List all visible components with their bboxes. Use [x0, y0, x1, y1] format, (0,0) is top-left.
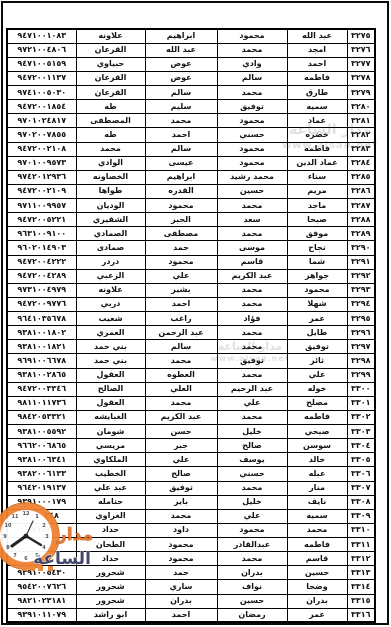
table-row: ٣٣٠٢ فاطمه محمد عبد الكريم الغبايشه ٩٨٤٢… — [7, 410, 375, 424]
cell-first-name: مريم — [287, 184, 347, 198]
cell-grandfather-name: احمد — [145, 128, 217, 142]
cell-family-name: شومان — [76, 425, 145, 439]
cell-grandfather-name: الجبر — [145, 213, 217, 227]
cell-national-number — [7, 538, 76, 552]
cell-first-name: موفق — [287, 227, 347, 241]
cell-father-name: محمد — [217, 283, 287, 297]
cell-father-name: محمود — [217, 114, 287, 128]
cell-grandfather-name: احمد — [145, 297, 217, 311]
cell-family-name: ابو راشد — [76, 608, 145, 622]
cell-national-number: ٩٧١١٠٠٩٩٥٧ — [7, 199, 76, 213]
cell-grandfather-name: جبر — [145, 439, 217, 453]
cell-national-number: ٩٣٨١٠٠٦٣٤١ — [7, 453, 76, 467]
cell-national-number: ٩٤٧٢٠٠٢١٠٨ — [7, 142, 76, 156]
cell-father-name: محمد — [217, 297, 287, 311]
cell-serial-number: ٣٣١٦ — [347, 608, 375, 622]
cell-grandfather-name: محمود — [145, 538, 217, 552]
cell-serial-number: ٣٢٨٣ — [347, 142, 375, 156]
cell-family-name: الطحان — [76, 538, 145, 552]
cell-national-number: ٩٧٠٢٠٠٧٨٥٥ — [7, 128, 76, 142]
cell-grandfather-name: محمود — [145, 199, 217, 213]
table-row: ٣٢٨٩ موفق محمد مصطفى الصمادي ٩٦٣١٠٠٩١٠٠ — [7, 227, 375, 241]
cell-first-name: شهلا — [287, 297, 347, 311]
table-row: ٣٣١١ فاطمه عبدالقادر محمود الطحان — [7, 538, 375, 552]
cell-father-name: خليل — [217, 495, 287, 509]
cell-father-name: محمد — [217, 227, 287, 241]
cell-family-name: حداد — [76, 523, 145, 537]
cell-father-name: عبد الكريم — [217, 269, 287, 283]
scanned-document-page: ٣٢٧٥ عبد الله محمود ابراهيم علاونه ٩٤٧١٠… — [0, 0, 391, 627]
cell-national-number: ٢٠١٠٣٤٨ — [7, 509, 76, 523]
cell-grandfather-name: محمود — [145, 552, 217, 566]
cell-national-number: ٩٤٧٢٠٠٥٢٢١ — [7, 213, 76, 227]
cell-national-number: ٩٤٧٢٠٠٤٢٨٩ — [7, 269, 76, 283]
cell-national-number: ٩٣٨١٠٠١٨٢١ — [7, 340, 76, 354]
cell-national-number: ٩٤٧١٠٠٥١٥٩ — [7, 57, 76, 71]
cell-first-name: خضره — [287, 128, 347, 142]
table-row: ٣٢٨٨ صبحا سعد الجبر الشقيري ٩٤٧٢٠٠٥٢٢١ — [7, 213, 375, 227]
cell-national-number: ٩٧٠١٠٠٩٥٧٣ — [7, 156, 76, 170]
cell-serial-number: ٣٢٨٠ — [347, 100, 375, 114]
cell-father-name: علي — [217, 509, 287, 523]
cell-father-name: توفيق — [217, 100, 287, 114]
cell-family-name: العمري — [76, 326, 145, 340]
cell-serial-number: ٣٢٧٩ — [347, 86, 375, 100]
cell-father-name: محمد — [217, 552, 287, 566]
cell-first-name: محمود — [287, 283, 347, 297]
table-row: ٣٣١٢ قاسم محمد محمود حداد — [7, 552, 375, 566]
cell-family-name: الوادي — [76, 156, 145, 170]
cell-first-name: احمد — [287, 57, 347, 71]
cell-first-name: سناء — [287, 170, 347, 184]
cell-first-name: صبحا — [287, 213, 347, 227]
cell-national-number: ٩٧٠١٠٢٤٨١٧ — [7, 114, 76, 128]
table-row: ٣٢٩٤ شهلا محمد احمد دربي ٩٤٧٢٠٠٩٧٧٦ — [7, 297, 375, 311]
cell-first-name: وضحا — [287, 580, 347, 594]
cell-grandfather-name: حمد — [145, 566, 217, 580]
cell-serial-number: ٣٢٨٨ — [347, 213, 375, 227]
cell-grandfather-name: محمود — [145, 255, 217, 269]
cell-family-name: حتامله — [76, 495, 145, 509]
table-row: ٣٣٠٧ منار محمد توفيق عبد علي ٩٦٤٢٠١٩١٣٧ — [7, 481, 375, 495]
cell-first-name: نايف — [287, 495, 347, 509]
cell-serial-number: ٣٢٩٠ — [347, 241, 375, 255]
cell-family-name: بني حمد — [76, 354, 145, 368]
cell-grandfather-name: عوض — [145, 57, 217, 71]
cell-first-name: امجد — [287, 43, 347, 57]
cell-father-name: محمد — [217, 86, 287, 100]
cell-family-name: شحرور — [76, 594, 145, 608]
cell-grandfather-name: سالم — [145, 86, 217, 100]
cell-father-name: محمد — [217, 340, 287, 354]
cell-serial-number: ٣٣٠١ — [347, 396, 375, 410]
cell-father-name: وادي — [217, 57, 287, 71]
cell-national-number: ٩٤٧٢٠٠١٨٥٤ — [7, 100, 76, 114]
cell-family-name: طه — [76, 100, 145, 114]
cell-national-number: ٩٣٨٢٠٠٦١٣٣ — [7, 467, 76, 481]
cell-serial-number: ٣٢٩٢ — [347, 269, 375, 283]
cell-father-name: محمد — [217, 368, 287, 382]
cell-grandfather-name: سالم — [145, 142, 217, 156]
names-roster-table: ٣٢٧٥ عبد الله محمود ابراهيم علاونه ٩٤٧١٠… — [6, 28, 376, 623]
cell-grandfather-name: عبد الكريم — [145, 410, 217, 424]
cell-first-name: خالد — [287, 453, 347, 467]
cell-serial-number: ٣٣٠٩ — [347, 509, 375, 523]
cell-grandfather-name: القدره — [145, 184, 217, 198]
cell-national-number: ٩٧٤١٠٠٥٠٣٠ — [7, 86, 76, 100]
cell-grandfather-name: مصطفى — [145, 227, 217, 241]
cell-family-name: طه — [76, 128, 145, 142]
cell-first-name: سميه — [287, 100, 347, 114]
cell-father-name: قاسم — [217, 255, 287, 269]
cell-grandfather-name: بشير — [145, 283, 217, 297]
cell-national-number: ٩٧٢١٠٠٤٨٠٦ — [7, 43, 76, 57]
cell-father-name: محمد — [217, 199, 287, 213]
cell-national-number: ٩٣٩١٠٠٥٤٣٠ — [7, 566, 76, 580]
cell-national-number: ٩٤٧٢٠٠٢١٠٩ — [7, 184, 76, 198]
cell-father-name: فؤاد — [217, 312, 287, 326]
cell-grandfather-name: العلي — [145, 382, 217, 396]
cell-family-name: حبياوي — [76, 57, 145, 71]
cell-serial-number: ٣٣٠٢ — [347, 410, 375, 424]
cell-family-name: طواها — [76, 184, 145, 198]
table-row: ٣٢٩٩ علي محمد العطوه العقول ٩٣٨١٠٠٢٨٦٥ — [7, 368, 375, 382]
cell-grandfather-name: سليم — [145, 100, 217, 114]
cell-family-name: علاونه — [76, 283, 145, 297]
cell-first-name: عماد — [287, 114, 347, 128]
table-row: ٣٢٨١ عماد محمود محمد المصطفى ٩٧٠١٠٢٤٨١٧ — [7, 114, 375, 128]
cell-family-name: بني حمد — [76, 340, 145, 354]
cell-serial-number: ٣٢٩٤ — [347, 297, 375, 311]
cell-father-name: محمد رشيد — [217, 170, 287, 184]
table-row: ٣٢٨٦ مريم حسين القدره طواها ٩٤٧٢٠٠٢١٠٩ — [7, 184, 375, 198]
cell-grandfather-name: بدران — [145, 594, 217, 608]
cell-first-name: عبد الله — [287, 29, 347, 43]
cell-national-number — [7, 552, 76, 566]
cell-grandfather-name: داود — [145, 523, 217, 537]
table-row: ٣٢٩٥ عمر فؤاد راغب شعيب ٩٦٤١٠٣٥٦٧٨ — [7, 312, 375, 326]
cell-serial-number: ٣٣٠٠ — [347, 382, 375, 396]
cell-first-name: عبله — [287, 467, 347, 481]
cell-father-name: محمد — [217, 410, 287, 424]
cell-grandfather-name: محمد — [145, 354, 217, 368]
cell-serial-number: ٣٢٩٣ — [347, 283, 375, 297]
cell-serial-number: ٣٢٨٤ — [347, 156, 375, 170]
cell-serial-number: ٣٣١٣ — [347, 566, 375, 580]
cell-family-name: الغبايشه — [76, 410, 145, 424]
cell-father-name: حسني — [217, 467, 287, 481]
table-row: ٣٣١٤ وضحا نواف ساري شحرور ٩٥٤٢٠٠٧٦٢٦ — [7, 580, 375, 594]
cell-family-name: علاونه — [76, 29, 145, 43]
cell-first-name: مصلح — [287, 396, 347, 410]
cell-grandfather-name: حمد — [145, 241, 217, 255]
cell-serial-number: ٣٢٧٨ — [347, 71, 375, 85]
cell-grandfather-name: ساري — [145, 580, 217, 594]
cell-national-number: ٩٦٤١٠٣٥٦٧٨ — [7, 312, 76, 326]
cell-grandfather-name: العطوه — [145, 368, 217, 382]
cell-national-number: ٩٦٦٢٠٠٦٨٦٥ — [7, 439, 76, 453]
cell-father-name: محمود — [217, 523, 287, 537]
cell-first-name: سميه — [287, 509, 347, 523]
cell-family-name: الملكاوي — [76, 453, 145, 467]
cell-first-name: بدران — [287, 594, 347, 608]
cell-national-number: ٩٧٣١٠٠٤٩٧٩ — [7, 283, 76, 297]
cell-serial-number: ٣٣٠٣ — [347, 425, 375, 439]
cell-serial-number: ٣٣٠٦ — [347, 467, 375, 481]
table-row: ٣٣٠٥ خالد يوسف علي الملكاوي ٩٣٨١٠٠٦٣٤١ — [7, 453, 375, 467]
cell-father-name: صالح — [217, 439, 287, 453]
cell-family-name: الزعبي — [76, 269, 145, 283]
cell-national-number: ٩٨١١٠١١٧٣٦ — [7, 396, 76, 410]
table-row: ٣٢٩٠ نجاح موسى حمد صمادى ٩٦٠٢٠١٤٩٠٣ — [7, 241, 375, 255]
cell-first-name: عمر — [287, 608, 347, 622]
table-row: ٣٣١٦ عمر رمضان احمد ابو راشد ٩٣٩١٠١١٠٧٩ — [7, 608, 375, 622]
cell-grandfather-name: سالم — [145, 340, 217, 354]
cell-serial-number: ٣٢٧٦ — [347, 43, 375, 57]
cell-grandfather-name: باير — [145, 495, 217, 509]
cell-national-number: ٩٦٩١٠٠٦٦٧٨ — [7, 354, 76, 368]
cell-national-number: ٩٤٧٢٠٠٩٧٧٦ — [7, 297, 76, 311]
cell-national-number: ٩٣٩١٠٠٠١٧٩ — [7, 495, 76, 509]
cell-family-name: الخصاونه — [76, 170, 145, 184]
cell-father-name: محمد — [217, 481, 287, 495]
cell-serial-number: ٣٢٨٧ — [347, 199, 375, 213]
cell-grandfather-name: صالح — [145, 467, 217, 481]
table-row: ٣٣٠٣ صبحي خليل حسن شومان ٩٣٨١٠٠٥٥٩٢ — [7, 425, 375, 439]
table-row: ٣٢٨٣ فاطمه محمود سالم محمد ٩٤٧٢٠٠٢١٠٨ — [7, 142, 375, 156]
cell-family-name: صمادى — [76, 241, 145, 255]
cell-national-number: ٩٨٢١٠٢٣١٨١ — [7, 594, 76, 608]
cell-father-name: حسين — [217, 594, 287, 608]
cell-first-name: عمر — [287, 312, 347, 326]
cell-national-number: ٩٣٨١٠٠١٨٠٢ — [7, 326, 76, 340]
cell-family-name: مريسي — [76, 439, 145, 453]
cell-national-number: ٩٦٤٢٠١٩١٣٧ — [7, 481, 76, 495]
cell-family-name: العقول — [76, 396, 145, 410]
table-row: ٣٣٠٤ سوسن صالح جبر مريسي ٩٦٦٢٠٠٦٨٦٥ — [7, 439, 375, 453]
cell-father-name: علي — [217, 396, 287, 410]
cell-serial-number: ٣٢٨٩ — [347, 227, 375, 241]
cell-national-number: ٩٨٤٢٠٥٣٣٢١ — [7, 410, 76, 424]
cell-serial-number: ٣٢٩٦ — [347, 326, 375, 340]
cell-national-number: ٩٤٧١٠٠١٠٨٣ — [7, 29, 76, 43]
table-row: ٣٢٩٧ توفيق محمد سالم بني حمد ٩٣٨١٠٠١٨٢١ — [7, 340, 375, 354]
cell-serial-number: ٣٢٩٩ — [347, 368, 375, 382]
cell-serial-number: ٣٣٠٧ — [347, 481, 375, 495]
cell-grandfather-name: علي — [145, 269, 217, 283]
cell-father-name: محمد — [217, 43, 287, 57]
table-row: ٣٢٩٨ ثائر توفيق محمد بني حمد ٩٦٩١٠٠٦٦٧٨ — [7, 354, 375, 368]
cell-serial-number: ٣٣٠٨ — [347, 495, 375, 509]
table-row: ٣٣٠٠ خوله عبد الرحيم العلي الصالح ٩٤٧٢٠٠… — [7, 382, 375, 396]
cell-grandfather-name: محمد — [145, 396, 217, 410]
cell-serial-number: ٣٢٩٥ — [347, 312, 375, 326]
cell-grandfather-name: احمد — [145, 608, 217, 622]
cell-father-name: نواف — [217, 580, 287, 594]
cell-national-number: ٩٣٨١٠٠٥٥٩٢ — [7, 425, 76, 439]
cell-serial-number: ٣٢٨٥ — [347, 170, 375, 184]
table-row: ٣٢٧٧ احمد وادي عوض حبياوي ٩٤٧١٠٠٥١٥٩ — [7, 57, 375, 71]
cell-national-number: ٩٤٧٢٠٠٤٢٢٢ — [7, 255, 76, 269]
cell-serial-number: ٣٣١١ — [347, 538, 375, 552]
cell-father-name: بدران — [217, 566, 287, 580]
table-row: ٣٣١٠ محمد محمود داود حداد ٢١٥٢ — [7, 523, 375, 537]
table-body: ٣٢٧٥ عبد الله محمود ابراهيم علاونه ٩٤٧١٠… — [7, 29, 375, 622]
cell-first-name: توفيق — [287, 340, 347, 354]
cell-father-name: سالم — [217, 71, 287, 85]
cell-first-name: فاطمه — [287, 538, 347, 552]
cell-family-name: العقول — [76, 368, 145, 382]
cell-national-number: ٩٤٧٢٠٠٣٣٤٦ — [7, 382, 76, 396]
cell-family-name: شعيب — [76, 312, 145, 326]
cell-father-name: محمد — [217, 326, 287, 340]
cell-national-number: ٢١٥٢ — [7, 523, 76, 537]
table-row: ٣٢٩٦ طايل محمد عبد الرحمن العمري ٩٣٨١٠٠١… — [7, 326, 375, 340]
cell-national-number: ٩٤٧٢٠٠١١٣٧ — [7, 71, 76, 85]
cell-grandfather-name: حسن — [145, 425, 217, 439]
table-row: ٣٢٧٩ طارق محمد سالم القرعان ٩٧٤١٠٠٥٠٣٠ — [7, 86, 375, 100]
cell-grandfather-name: ابراهيم — [145, 170, 217, 184]
cell-first-name: طارق — [287, 86, 347, 100]
cell-family-name: شحرور — [76, 580, 145, 594]
cell-father-name: حسين — [217, 184, 287, 198]
cell-family-name: القرعان — [76, 43, 145, 57]
cell-grandfather-name: محمد — [145, 114, 217, 128]
cell-father-name: يوسف — [217, 453, 287, 467]
cell-grandfather-name: راغب — [145, 312, 217, 326]
cell-first-name: عماد الدين — [287, 156, 347, 170]
cell-family-name: الشقيري — [76, 213, 145, 227]
cell-father-name: خليل — [217, 425, 287, 439]
cell-family-name: الوديان — [76, 199, 145, 213]
cell-serial-number: ٣٢٧٧ — [347, 57, 375, 71]
table-row: ٣٣٠٦ عبله حسني صالح الخطيب ٩٣٨٢٠٠٦١٣٣ — [7, 467, 375, 481]
cell-national-number: ٩٧٤٢٠١٢٩٣٦ — [7, 170, 76, 184]
cell-father-name: محمود — [217, 156, 287, 170]
cell-family-name: المصطفى — [76, 114, 145, 128]
cell-father-name: عبدالقادر — [217, 538, 287, 552]
cell-family-name: الصمادي — [76, 227, 145, 241]
cell-father-name: سعد — [217, 213, 287, 227]
cell-first-name: صبحي — [287, 425, 347, 439]
cell-family-name: الغزاوي — [76, 509, 145, 523]
cell-family-name: دردر — [76, 255, 145, 269]
cell-father-name: محمود — [217, 142, 287, 156]
cell-first-name: قاسم — [287, 552, 347, 566]
cell-first-name: فاطمه — [287, 71, 347, 85]
cell-national-number: ٩٦٣١٠٠٩١٠٠ — [7, 227, 76, 241]
cell-serial-number: ٣٢٧٥ — [347, 29, 375, 43]
cell-serial-number: ٣٣٠٤ — [347, 439, 375, 453]
table-row: ٣٢٩٢ جواهر عبد الكريم علي الزعبي ٩٤٧٢٠٠٤… — [7, 269, 375, 283]
cell-family-name: الخطيب — [76, 467, 145, 481]
cell-grandfather-name: عبد الله — [145, 43, 217, 57]
table-row: ٣٢٨٤ عماد الدين محمود عيسى الوادي ٩٧٠١٠٠… — [7, 156, 375, 170]
cell-grandfather-name: عوض — [145, 71, 217, 85]
cell-family-name: شحرور — [76, 566, 145, 580]
cell-first-name: ثائر — [287, 354, 347, 368]
cell-serial-number: ٣٣١٤ — [347, 580, 375, 594]
cell-serial-number: ٣٢٨٦ — [347, 184, 375, 198]
cell-serial-number: ٣٣١٥ — [347, 594, 375, 608]
cell-first-name: ماجد — [287, 199, 347, 213]
cell-national-number: ٩٥٤٢٠٠٧٦٢٦ — [7, 580, 76, 594]
cell-father-name: حسني — [217, 128, 287, 142]
cell-first-name: طايل — [287, 326, 347, 340]
cell-serial-number: ٣٢٨١ — [347, 114, 375, 128]
cell-father-name: رمضان — [217, 608, 287, 622]
cell-first-name: محمد — [287, 523, 347, 537]
table-row: ٣٢٨٥ سناء محمد رشيد ابراهيم الخصاونه ٩٧٤… — [7, 170, 375, 184]
table-row: ٣٢٩٣ محمود محمد بشير علاونه ٩٧٣١٠٠٤٩٧٩ — [7, 283, 375, 297]
table-row: ٣٣٠٨ نايف خليل باير حتامله ٩٣٩١٠٠٠١٧٩ — [7, 495, 375, 509]
cell-first-name: جواهر — [287, 269, 347, 283]
cell-national-number: ٩٣٨١٠٠٢٨٦٥ — [7, 368, 76, 382]
cell-family-name: دربي — [76, 297, 145, 311]
cell-family-name: القرعان — [76, 86, 145, 100]
cell-first-name: خوله — [287, 382, 347, 396]
cell-family-name: محمد — [76, 142, 145, 156]
cell-serial-number: ٣٢٨٢ — [347, 128, 375, 142]
cell-father-name: توفيق — [217, 354, 287, 368]
cell-father-name: محمود — [217, 29, 287, 43]
table-row: ٣٢٩١ شما قاسم محمود دردر ٩٤٧٢٠٠٤٢٢٢ — [7, 255, 375, 269]
cell-father-name: موسى — [217, 241, 287, 255]
cell-serial-number: ٣٢٩١ — [347, 255, 375, 269]
cell-serial-number: ٣٣٠٥ — [347, 453, 375, 467]
table-row: ٣٣١٣ حسين بدران حمد شحرور ٩٣٩١٠٠٥٤٣٠ — [7, 566, 375, 580]
cell-serial-number: ٣٢٩٨ — [347, 354, 375, 368]
cell-serial-number: ٣٣١٢ — [347, 552, 375, 566]
table-row: ٣٢٧٨ فاطمه سالم عوض القرعان ٩٤٧٢٠٠١١٣٧ — [7, 71, 375, 85]
cell-national-number: ٩٦٠٢٠١٤٩٠٣ — [7, 241, 76, 255]
cell-grandfather-name: علي — [145, 453, 217, 467]
cell-grandfather-name: عيسى — [145, 156, 217, 170]
cell-grandfather-name: ابراهيم — [145, 29, 217, 43]
table-row: ٣٢٧٥ عبد الله محمود ابراهيم علاونه ٩٤٧١٠… — [7, 29, 375, 43]
cell-first-name: حسين — [287, 566, 347, 580]
cell-first-name: نجاح — [287, 241, 347, 255]
cell-first-name: سوسن — [287, 439, 347, 453]
cell-family-name: القرعان — [76, 71, 145, 85]
cell-serial-number: ٣٢٩٧ — [347, 340, 375, 354]
cell-family-name: الصالح — [76, 382, 145, 396]
cell-first-name: علي — [287, 368, 347, 382]
table-row: ٣٣١٥ بدران حسين بدران شحرور ٩٨٢١٠٢٣١٨١ — [7, 594, 375, 608]
cell-grandfather-name: توفيق — [145, 481, 217, 495]
table-row: ٣٢٧٦ امجد محمد عبد الله القرعان ٩٧٢١٠٠٤٨… — [7, 43, 375, 57]
table-row: ٣٢٨٠ سميه توفيق سليم طه ٩٤٧٢٠٠١٨٥٤ — [7, 100, 375, 114]
cell-first-name: فاطمه — [287, 410, 347, 424]
cell-grandfather-name: محمد — [145, 509, 217, 523]
table-row: ٣٢٨٢ خضره حسني احمد طه ٩٧٠٢٠٠٧٨٥٥ — [7, 128, 375, 142]
cell-grandfather-name: عبد الرحمن — [145, 326, 217, 340]
cell-national-number: ٩٣٩١٠١١٠٧٩ — [7, 608, 76, 622]
cell-family-name: عبد علي — [76, 481, 145, 495]
cell-serial-number: ٣٣١٠ — [347, 523, 375, 537]
table-row: ٣٢٨٧ ماجد محمد محمود الوديان ٩٧١١٠٠٩٩٥٧ — [7, 199, 375, 213]
table-row: ٣٣٠١ مصلح علي محمد العقول ٩٨١١٠١١٧٣٦ — [7, 396, 375, 410]
cell-family-name: حداد — [76, 552, 145, 566]
cell-first-name: فاطمه — [287, 142, 347, 156]
table-row: ٣٣٠٩ سميه علي محمد الغزاوي ٢٠١٠٣٤٨ — [7, 509, 375, 523]
cell-first-name: شما — [287, 255, 347, 269]
cell-first-name: منار — [287, 481, 347, 495]
cell-father-name: عبد الرحيم — [217, 382, 287, 396]
